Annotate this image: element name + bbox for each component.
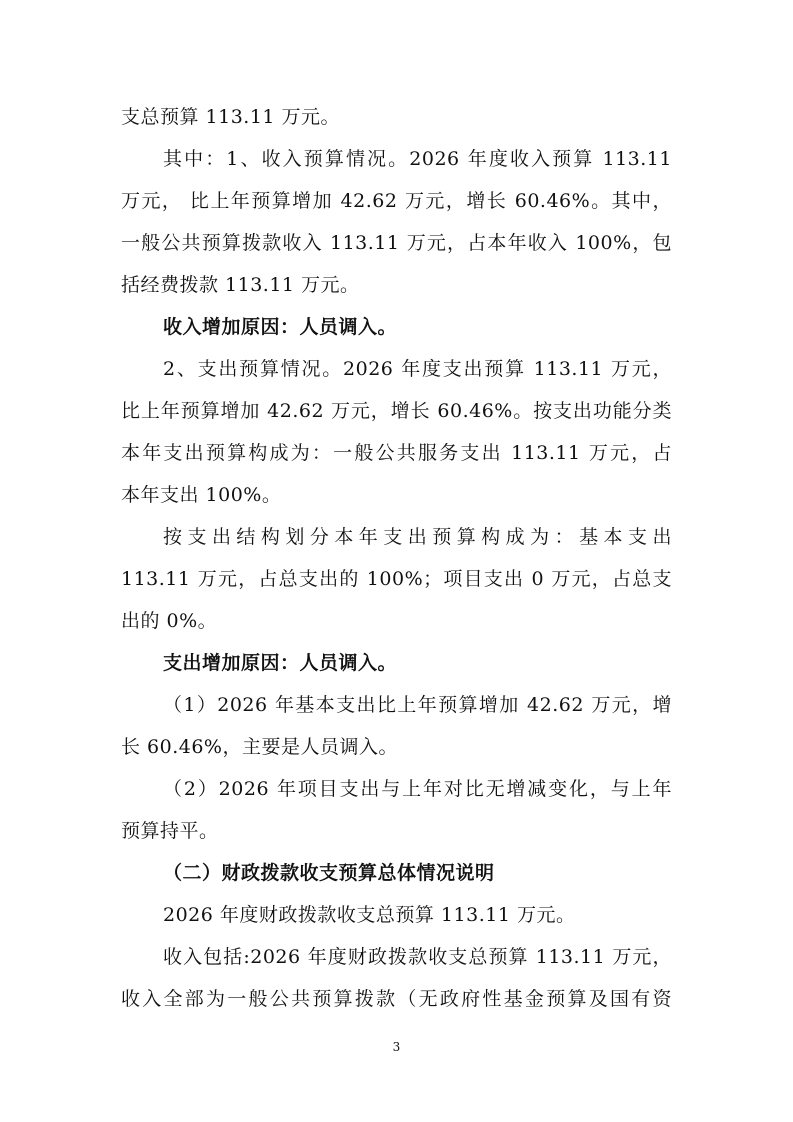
body-text-line: 长 60.46%，主要是人员调入。 [121,732,672,762]
body-text-line: 其中：1、收入预算情况。2026 年度收入预算 113.11 [163,144,672,174]
body-text-line: 收入包括:2026 年度财政拨款收支总预算 113.11 万元， [163,942,672,972]
page-number: 3 [0,1040,793,1054]
body-text-line: 收入全部为一般公共预算拨款（无政府性基金预算及国有资 [121,984,672,1014]
body-text-line: 预算持平。 [121,816,672,846]
body-text-line: 按支出结构划分本年支出预算构成为：基本支出 [163,522,672,552]
expense-increase-reason-heading: 支出增加原因：人员调入。 [163,648,672,678]
document-page: 支总预算 113.11 万元。 其中：1、收入预算情况。2026 年度收入预算 … [0,0,793,1122]
body-text-line: 2026 年度财政拨款收支总预算 113.11 万元。 [163,900,672,930]
body-text-line: （1）2026 年基本支出比上年预算增加 42.62 万元，增 [163,690,672,720]
body-text-line: 括经费拨款 113.11 万元。 [121,270,672,300]
body-text-line: 本年支出预算构成为：一般公共服务支出 113.11 万元，占 [121,438,672,468]
body-text-line: 出的 0%。 [121,606,672,636]
income-increase-reason-heading: 收入增加原因：人员调入。 [163,312,672,342]
body-text-line: 支总预算 113.11 万元。 [121,102,672,132]
body-text-line: 一般公共预算拨款收入 113.11 万元，占本年收入 100%，包 [121,228,672,258]
body-text-line: 万元， 比上年预算增加 42.62 万元，增长 60.46%。其中， [121,186,672,216]
body-text-line: （2）2026 年项目支出与上年对比无增减变化，与上年 [163,774,672,804]
body-text-line: 本年支出 100%。 [121,480,672,510]
body-text-line: 113.11 万元，占总支出的 100%；项目支出 0 万元，占总支 [121,564,672,594]
body-text-line: 比上年预算增加 42.62 万元，增长 60.46%。按支出功能分类 [121,396,672,426]
section-heading-fiscal-appropriation: （二）财政拨款收支预算总体情况说明 [163,858,672,888]
body-text-line: 2、支出预算情况。2026 年度支出预算 113.11 万元， [163,354,672,384]
